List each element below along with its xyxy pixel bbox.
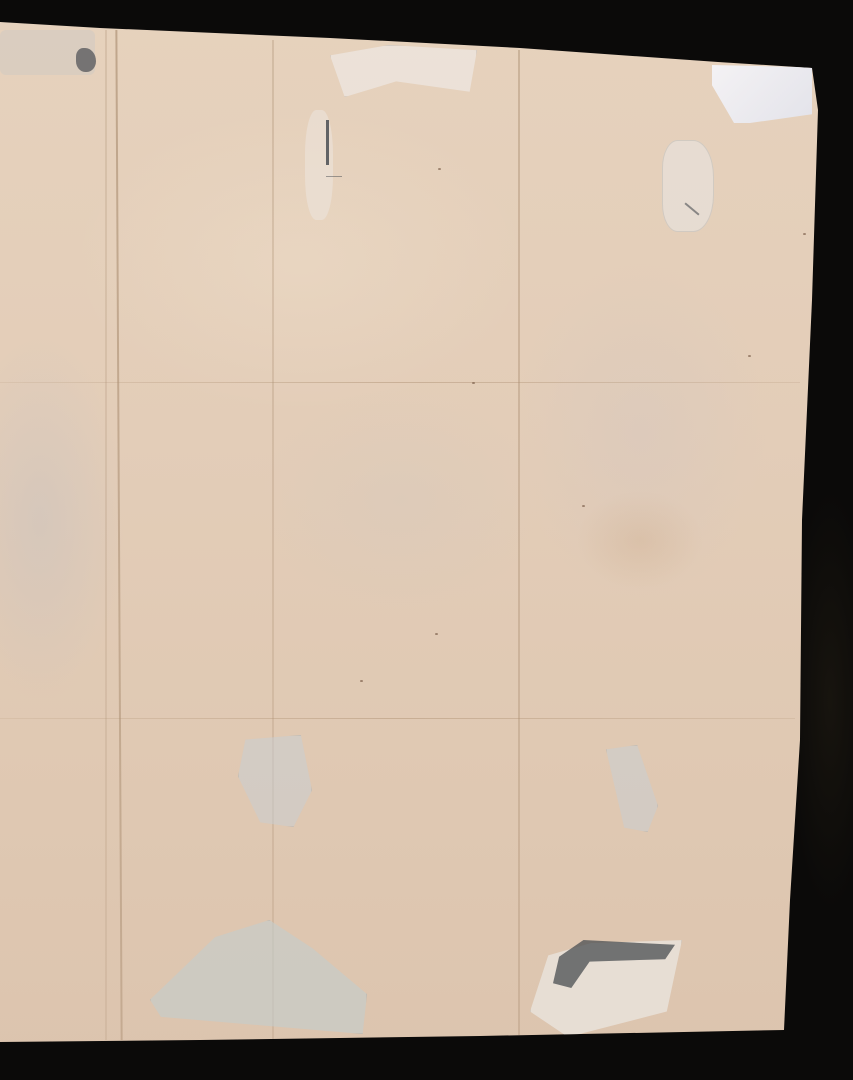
paper-speck [360,680,363,682]
center-left-fold-line [272,40,274,1040]
mid-left-hinge-patch [238,735,312,827]
paper-speck [582,505,585,507]
paper-speck [435,633,438,635]
top-center-ink-dash [326,176,342,177]
paper-speck [438,168,441,170]
top-center-hinge-patch [330,45,477,97]
paper-speck [803,233,806,235]
mid-right-hinge-patch [606,745,658,832]
top-left-ink-mark [76,48,96,72]
upper-crease [0,382,800,383]
bottom-left-hinge-patch [150,920,367,1034]
left-fold-line [115,30,122,1040]
paper-speck [472,382,475,384]
upper-right-hinge-tab [662,140,714,232]
center-right-fold-line [518,50,520,1035]
top-center-ink-stroke [326,120,329,165]
top-right-corner-label [712,65,812,123]
paper-sheet [0,0,853,1080]
lower-crease [0,718,795,719]
paper-speck [748,355,751,357]
left-fold-line-shadow [105,30,107,1040]
